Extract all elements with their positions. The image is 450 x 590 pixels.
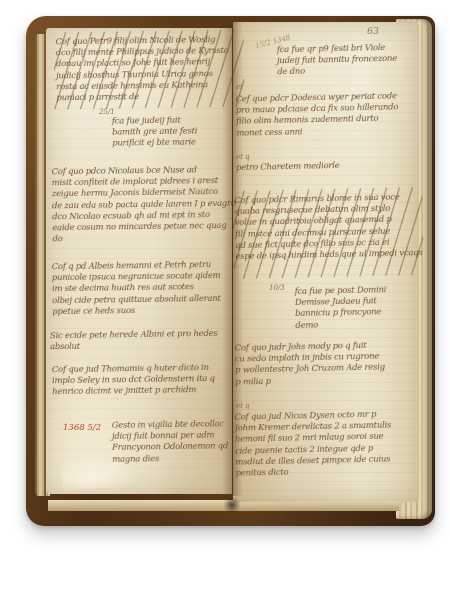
manuscript-line: magna dies bbox=[112, 453, 228, 466]
right-paragraph-5: fca fue pe post DominiDemisse Judaeu fui… bbox=[295, 285, 388, 332]
folio-number: 63 bbox=[367, 26, 379, 37]
right-margin-mark-etq2: et q bbox=[236, 402, 250, 410]
left-paragraph-5: Sic ecide pete herede Albini et pro hede… bbox=[50, 329, 218, 354]
manuscript-line: de dno bbox=[277, 65, 397, 79]
manuscript-line: Francyonon Odolonemon qd bbox=[112, 442, 228, 455]
manuscript-line: p milia p bbox=[235, 374, 385, 388]
fold-notch bbox=[223, 496, 241, 514]
right-paragraph-7: Cof quo jud Nicos Dysen octo mr pJohm Kr… bbox=[234, 409, 392, 479]
left-paragraph-6: Cof que jud Thomamis q huter dicto inimp… bbox=[52, 363, 215, 399]
left-paragraph-2: fca fue judeij fuitbamith gre ante festi… bbox=[112, 115, 198, 150]
manuscript-line: penitus dicto bbox=[235, 465, 392, 479]
left-page: Cof quo Petr9 filij olim Nicoli de Wosli… bbox=[46, 28, 232, 494]
right-page: 15/2 1348 63 fca fue qr p9 festi bri Vio… bbox=[233, 22, 419, 502]
right-paragraph-3: petro Charetem mediorle bbox=[236, 161, 340, 174]
manuscript-line: demo bbox=[295, 319, 387, 332]
right-margin-mark-et: et bbox=[236, 83, 243, 91]
left-margin-mark-1: 25/1 bbox=[99, 108, 115, 116]
manuscript-line: purificit ej bte marie bbox=[112, 138, 197, 150]
red-margin-date: 1368 5/2 bbox=[63, 424, 101, 432]
open-codex: Cof quo Petr9 filij olim Nicoli de Wosli… bbox=[26, 16, 435, 526]
manuscript-line: banniciu p froncyone bbox=[295, 307, 387, 320]
manuscript-line: petro Charetem mediorle bbox=[236, 161, 340, 174]
left-paragraph-4: Cof q pd Albeis hemanni et Petrh petrupu… bbox=[52, 260, 221, 318]
manuscript-line: absolut bbox=[50, 340, 218, 354]
manuscript-photo: Cof quo Petr9 filij olim Nicoli de Wosli… bbox=[0, 0, 450, 590]
manuscript-line: puniaci p arrestit de bbox=[56, 91, 242, 105]
manuscript-line: ppetue ce heds suos bbox=[52, 305, 221, 319]
right-paragraph-2: Cef que pdcr Dodesca wyer periat codepro… bbox=[236, 91, 399, 139]
right-paragraph-4: Cof quo pdcr Rimarus blome in sua vocequ… bbox=[234, 192, 422, 274]
right-margin-mark-103: 10/3 bbox=[269, 284, 285, 292]
right-paragraph-6: Cof quo judr Johs mody po q fuitcu sedo … bbox=[235, 340, 386, 388]
right-margin-mark-etq: et q bbox=[236, 153, 250, 161]
manuscript-line: henrico dicimt ve jmittet p archidm bbox=[52, 385, 215, 398]
left-paragraph-3: Cof quo pdco Nicolaus bce Nuse admisit c… bbox=[51, 165, 236, 246]
manuscript-line: olbej cide petra quittaue absoluit aller… bbox=[52, 293, 221, 307]
left-paragraph-7: Gesto in vigilia bte decollacjdicij fuit… bbox=[112, 419, 229, 465]
left-paragraph-1: Cof quo Petr9 filij olim Nicoli de Wosli… bbox=[56, 35, 243, 105]
right-paragraph-1: fca fue qr p9 festi bri Violejudeij fuit… bbox=[277, 43, 398, 79]
